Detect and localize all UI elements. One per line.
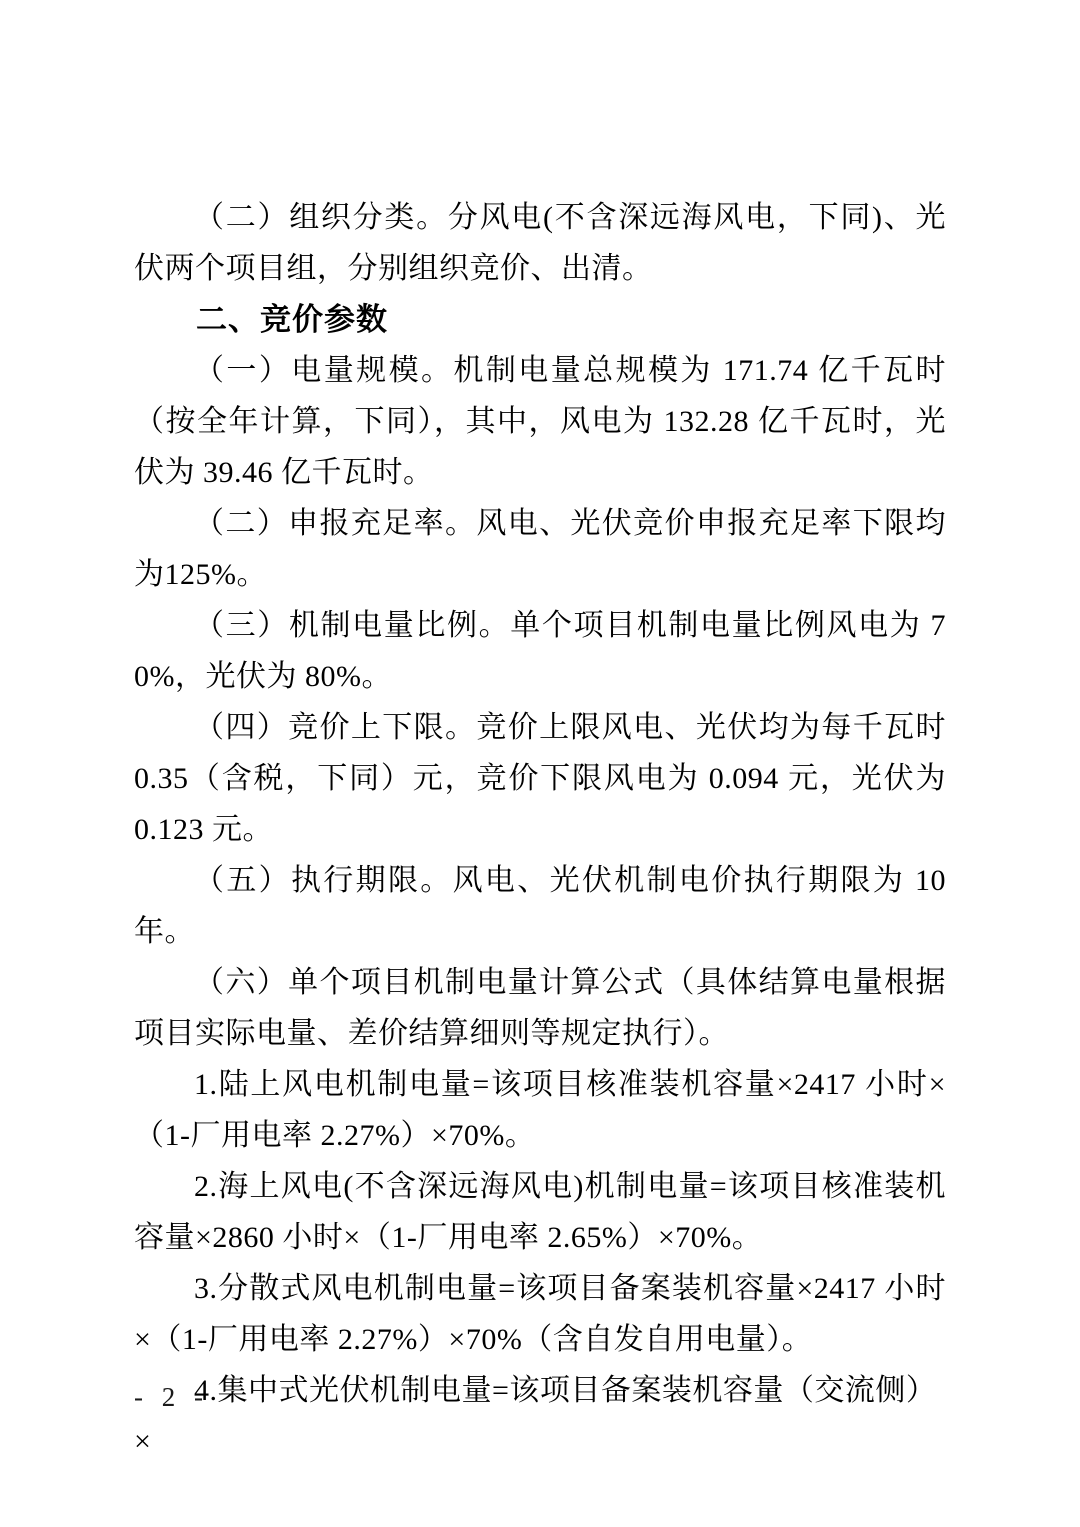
paragraph-execution-period: （五）执行期限。风电、光伏机制电价执行期限为 10 年。 xyxy=(134,855,946,957)
paragraph-centralized-pv-formula: 4.集中式光伏机制电量=该项目备案装机容量（交流侧）× xyxy=(134,1365,946,1467)
paragraph-mechanism-electricity-ratio: （三）机制电量比例。单个项目机制电量比例风电为 70%，光伏为 80%。 xyxy=(134,600,946,702)
page-number: - 2 - xyxy=(134,1382,209,1412)
paragraph-organization-classification: （二）组织分类。分风电(不含深远海风电，下同)、光伏两个项目组，分别组织竞价、出… xyxy=(134,192,946,294)
paragraph-bid-price-upper-lower-limits: （四）竞价上下限。竞价上限风电、光伏均为每千瓦时 0.35（含税，下同）元，竞价… xyxy=(134,702,946,855)
page-footer: - 2 - xyxy=(134,1380,209,1414)
paragraph-onshore-wind-formula: 1.陆上风电机制电量=该项目核准装机容量×2417 小时×（1-厂用电率 2.2… xyxy=(134,1059,946,1161)
paragraph-calculation-formula-intro: （六）单个项目机制电量计算公式（具体结算电量根据项目实际电量、差价结算细则等规定… xyxy=(134,957,946,1059)
document-page: （二）组织分类。分风电(不含深远海风电，下同)、光伏两个项目组，分别组织竞价、出… xyxy=(0,0,1080,1527)
paragraph-offshore-wind-formula: 2.海上风电(不含深远海风电)机制电量=该项目核准装机容量×2860 小时×（1… xyxy=(134,1161,946,1263)
paragraph-declaration-sufficiency-rate: （二）申报充足率。风电、光伏竞价申报充足率下限均为125%。 xyxy=(134,498,946,600)
paragraph-electricity-volume-scale: （一）电量规模。机制电量总规模为 171.74 亿千瓦时（按全年计算，下同），其… xyxy=(134,345,946,498)
section-heading-bidding-parameters: 二、竞价参数 xyxy=(134,294,946,345)
paragraph-distributed-wind-formula: 3.分散式风电机制电量=该项目备案装机容量×2417 小时×（1-厂用电率 2.… xyxy=(134,1263,946,1365)
document-body: （二）组织分类。分风电(不含深远海风电，下同)、光伏两个项目组，分别组织竞价、出… xyxy=(134,192,946,1467)
